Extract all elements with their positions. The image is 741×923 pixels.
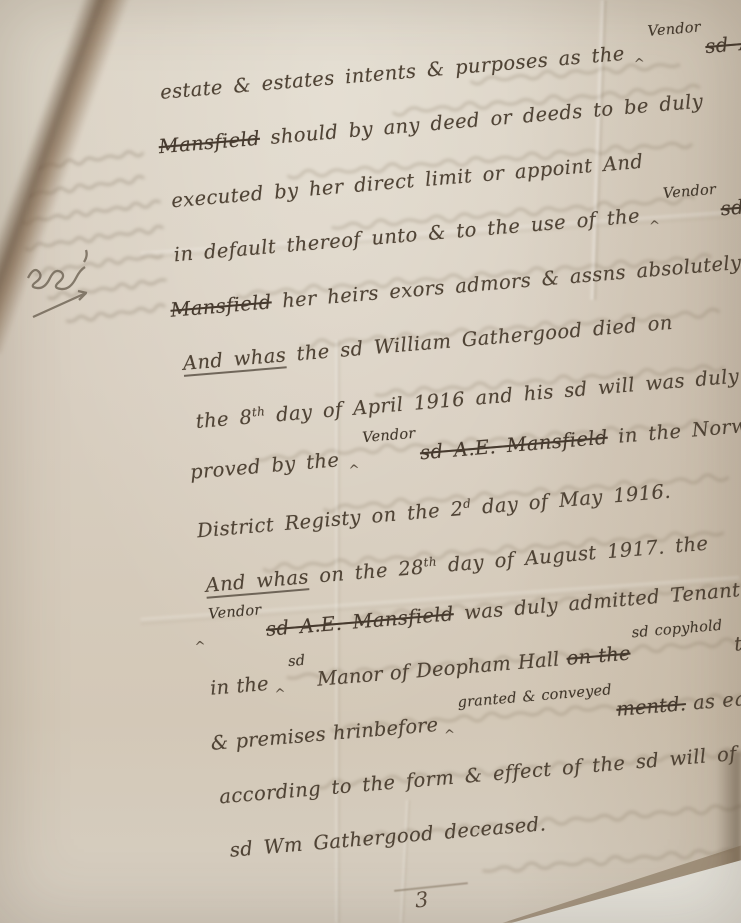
caret-mark: ^ xyxy=(444,728,456,742)
caret-mark: ^ xyxy=(274,688,286,702)
struck-text: mentd. xyxy=(615,692,686,721)
handwritten-text: th xyxy=(251,405,265,420)
page-number: 3 xyxy=(414,887,429,912)
pencil-marks xyxy=(56,4,98,52)
caret-mark: ^ xyxy=(649,220,661,234)
handwritten-text: on the 28 xyxy=(308,555,425,588)
handwritten-text: proved by the xyxy=(189,447,351,483)
caret-mark: ^ xyxy=(194,640,206,654)
marginal-scrawl xyxy=(28,250,87,317)
handwritten-text: was duly admitted Tenant xyxy=(453,578,741,625)
caret-mark: ^ xyxy=(634,57,646,71)
handwritten-text: in the Norwich xyxy=(607,411,741,448)
struck-text: Mansfield xyxy=(158,127,261,158)
struck-text: sd A.E. Mansfield xyxy=(265,602,455,641)
handwritten-text: in the xyxy=(209,672,277,700)
handwritten-text: sd Wm Gathergood deceased. xyxy=(229,813,547,862)
handwritten-text: And whas xyxy=(182,344,287,377)
handwritten-text: to the xyxy=(726,628,741,657)
struck-text: sd A.E. xyxy=(720,191,741,220)
handwritten-text: as equitably entitled & xyxy=(685,672,741,715)
inserted-text: Vendor xyxy=(208,603,262,622)
struck-text: sd A.E. Mansfield xyxy=(419,425,609,464)
inserted-text: Vendor xyxy=(647,20,701,39)
manuscript-photo: estate & estates intents & purposes as t… xyxy=(0,0,741,923)
handwritten-text: the 8 xyxy=(195,406,253,434)
inserted-text: sd xyxy=(288,654,306,670)
page-fold-shadow xyxy=(0,0,135,355)
manuscript-text: estate & estates intents & purposes as t… xyxy=(158,16,741,879)
struck-text: sd A.E. xyxy=(704,29,741,58)
page-number-line xyxy=(394,882,468,892)
handwritten-text: day of May 1916. xyxy=(470,480,671,520)
struck-text: Mansfield xyxy=(169,290,272,321)
handwritten-text: And whas xyxy=(205,566,310,599)
struck-text: on the xyxy=(566,642,632,670)
inserted-text: Vendor xyxy=(362,427,416,446)
handwritten-text: & premises hrinbefore xyxy=(210,712,446,755)
handwritten-text: Manor of Deopham Hall xyxy=(309,647,568,691)
caret-mark: ^ xyxy=(348,463,360,477)
inserted-text: Vendor xyxy=(662,183,716,202)
